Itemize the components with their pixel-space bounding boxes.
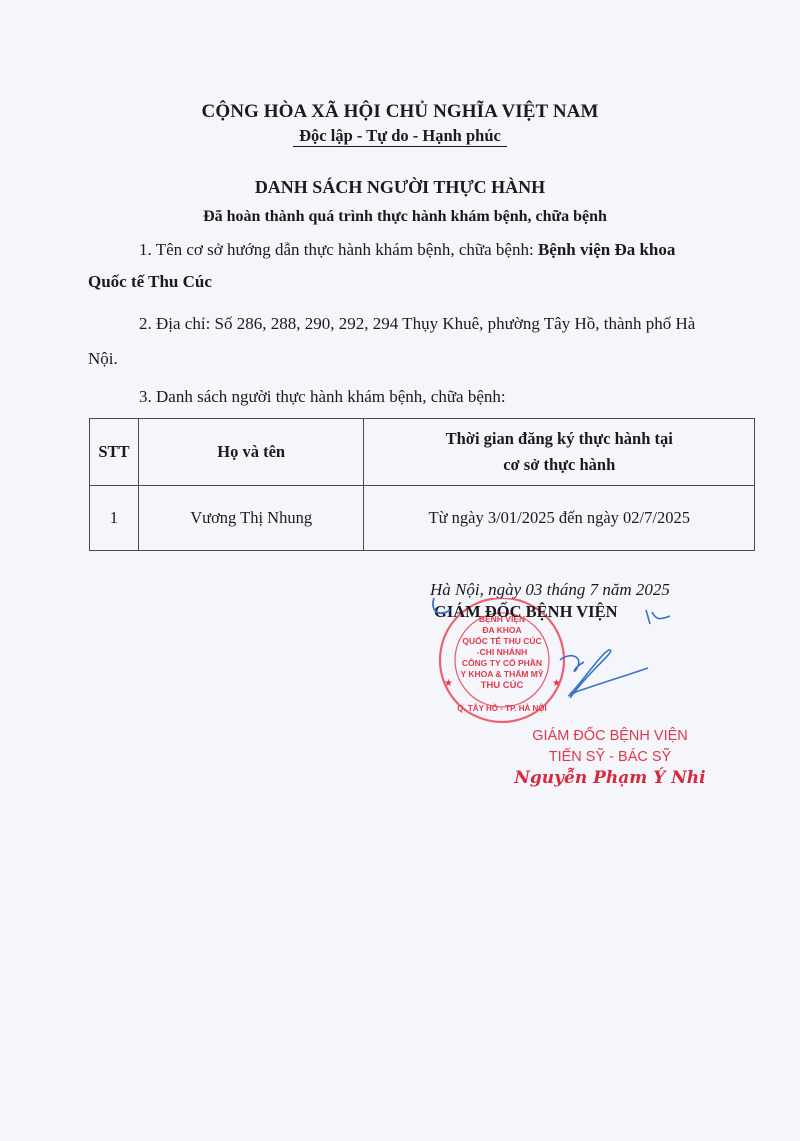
cell-name: Vương Thị Nhung	[138, 486, 364, 551]
item-1-label: 1. Tên cơ sở hướng dẫn thực hành khám bệ…	[139, 240, 538, 259]
national-motto: Độc lập - Tự do - Hạnh phúc	[0, 126, 800, 146]
item-2-continued: Nội.	[88, 349, 118, 369]
name-stamp-degree: TIẾN SỸ - BÁC SỸ	[480, 749, 740, 765]
item-1-value: Bệnh viện Đa khoa	[538, 240, 675, 259]
cell-period: Từ ngày 3/01/2025 đến ngày 02/7/2025	[364, 486, 755, 551]
item-1-continued: Quốc tế Thu Cúc	[88, 272, 212, 292]
item-3: 3. Danh sách người thực hành khám bệnh, …	[139, 387, 506, 407]
header-stt: STT	[90, 419, 139, 486]
table-header-row: STT Họ và tên Thời gian đăng ký thực hàn…	[90, 419, 755, 486]
national-title: CỘNG HÒA XÃ HỘI CHỦ NGHĨA VIỆT NAM	[0, 101, 800, 123]
practitioner-table: STT Họ và tên Thời gian đăng ký thực hàn…	[89, 418, 755, 551]
header-period: Thời gian đăng ký thực hành tại cơ sở th…	[364, 419, 755, 486]
cell-stt: 1	[90, 486, 139, 551]
item-2: 2. Địa chỉ: Số 286, 288, 290, 292, 294 T…	[139, 314, 695, 334]
document-title: DANH SÁCH NGƯỜI THỰC HÀNH	[0, 177, 800, 198]
table-row: 1 Vương Thị Nhung Từ ngày 3/01/2025 đến …	[90, 486, 755, 551]
header-period-line2: cơ sở thực hành	[364, 452, 754, 478]
item-1: 1. Tên cơ sở hướng dẫn thực hành khám bệ…	[139, 240, 675, 260]
document-subtitle: Đã hoàn thành quá trình thực hành khám b…	[0, 208, 800, 226]
signer-name: Nguyễn Phạm Ý Nhi	[480, 768, 740, 788]
name-stamp-title: GIÁM ĐỐC BỆNH VIỆN	[480, 728, 740, 744]
motto-text: Độc lập - Tự do - Hạnh phúc	[293, 126, 507, 147]
header-name: Họ và tên	[138, 419, 364, 486]
header-period-line1: Thời gian đăng ký thực hành tại	[364, 426, 754, 452]
handwritten-signature-icon	[420, 590, 680, 730]
